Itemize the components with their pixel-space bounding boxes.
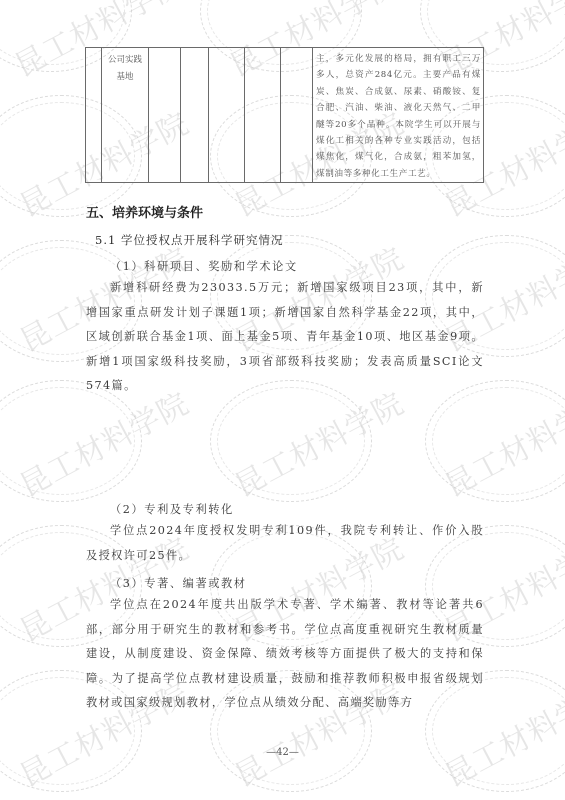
practice-base-table: 公司实践 基地 主，多元化发展的格局，拥有职工三万多人，总资产284亿元。主要产… [85,47,484,183]
item-body: 新增科研经费为23033.5万元；新增国家级项目23项，其中，新增国家重点研发计… [86,276,484,399]
item-heading: （2）专利及专利转化 [110,501,234,517]
table-cell-base-name: 公司实践 基地 [102,48,149,183]
table-cell [281,48,313,183]
section-title: 五、培养环境与条件 [86,202,203,221]
base-name-line: 基地 [102,69,148,86]
item-body: 学位点在2024年度共出版学术专著、学术编著、教材等论著共6部，部分用于研究生的… [86,593,484,716]
table-row: 公司实践 基地 主，多元化发展的格局，拥有职工三万多人，总资产284亿元。主要产… [86,48,484,183]
table-cell-index [86,48,102,183]
table-cell-description: 主，多元化发展的格局，拥有职工三万多人，总资产284亿元。主要产品有煤炭、焦炭、… [313,48,484,183]
subsection-title: 5.1 学位授权点开展科学研究情况 [95,232,283,248]
page-number: —42— [0,747,565,758]
document-page: 公司实践 基地 主，多元化发展的格局，拥有职工三万多人，总资产284亿元。主要产… [0,0,565,800]
item-heading: （1）科研项目、奖励和学术论文 [110,258,298,274]
table-cell [209,48,245,183]
item-heading: （3）专著、编著或教材 [110,575,247,591]
table-cell [245,48,281,183]
item-body: 学位点2024年度授权发明专利109件，我院专利转让、作价入股及授权许可25件。 [86,519,484,568]
base-name-line: 公司实践 [102,52,148,69]
table-cell [149,48,181,183]
table-cell [181,48,209,183]
